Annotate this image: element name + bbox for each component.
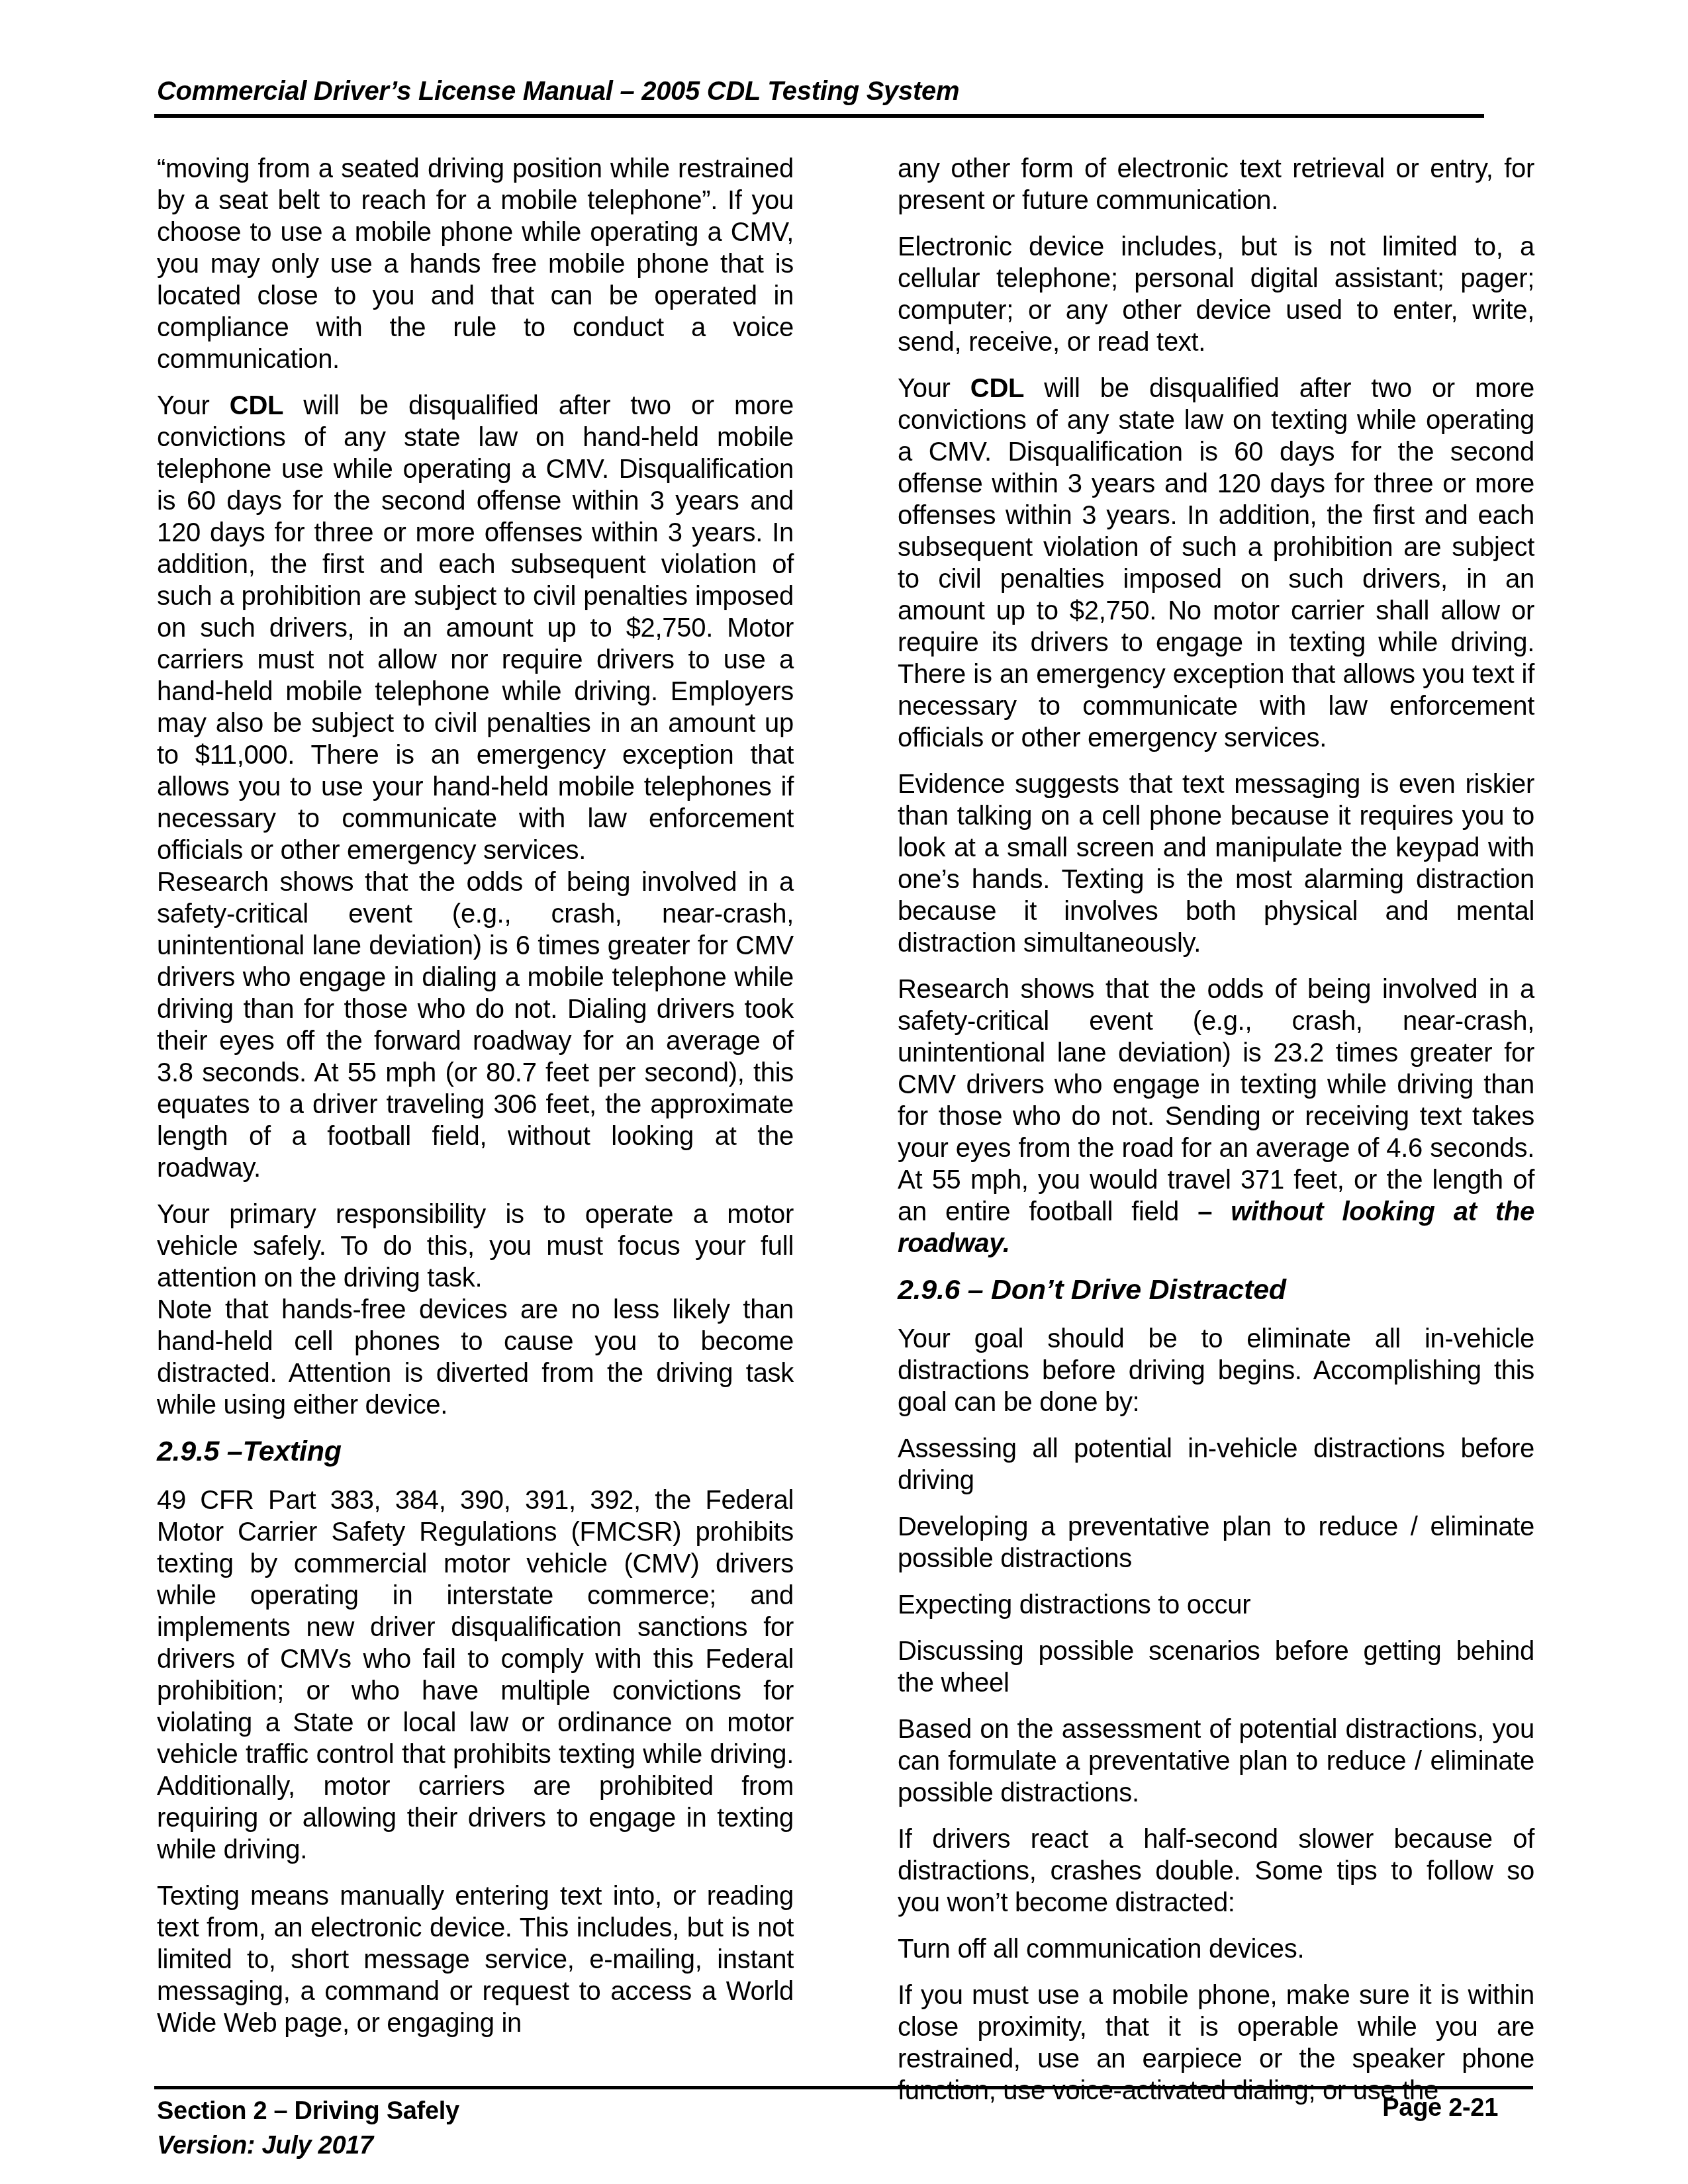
paragraph-primary-responsibility: Your primary responsibility is to operat… [157, 1199, 794, 1294]
paragraph-text: will be disqualified after two or more c… [898, 374, 1534, 752]
bold-cdl-text: CDL [970, 374, 1024, 403]
paragraph-based-on-assessment: Based on the assessment of potential dis… [898, 1713, 1534, 1809]
section-heading-2-9-6-dont-drive-distracted: 2.9.6 – Don’t Drive Distracted [898, 1274, 1534, 1306]
paragraph-evidence-text-messaging-risk: Evidence suggests that text messaging is… [898, 768, 1534, 959]
page-header-title: Commercial Driver’s License Manual – 200… [157, 77, 959, 107]
paragraph-assessing-distractions: Assessing all potential in-vehicle distr… [898, 1433, 1534, 1496]
section-heading-2-9-5-texting: 2.9.5 –Texting [157, 1435, 794, 1467]
paragraph-discussing-scenarios: Discussing possible scenarios before get… [898, 1635, 1534, 1699]
paragraph-expecting-distractions: Expecting distractions to occur [898, 1589, 1534, 1621]
paragraph-research-texting-odds: Research shows that the odds of being in… [898, 974, 1534, 1259]
manual-page: Commercial Driver’s License Manual – 200… [0, 0, 1688, 2184]
paragraph-hands-free-note: Note that hands-free devices are no less… [157, 1294, 794, 1421]
paragraph-mobile-phone-rule: “moving from a seated driving position w… [157, 153, 794, 375]
bold-dash: – [1197, 1197, 1212, 1226]
paragraph-half-second-slower: If drivers react a half-second slower be… [898, 1823, 1534, 1919]
paragraph-texting-definition: Texting means manually entering text int… [157, 1880, 794, 2039]
paragraph-goal-eliminate-distractions: Your goal should be to eliminate all in-… [898, 1323, 1534, 1418]
paragraph-research-dialing-odds: Research shows that the odds of being in… [157, 866, 794, 1184]
paragraph-electronic-device-definition: Electronic device includes, but is not l… [898, 231, 1534, 358]
footer-section-label: Section 2 – Driving Safely [157, 2094, 459, 2128]
bold-cdl-text: CDL [230, 391, 283, 420]
paragraph-text: will be disqualified after two or more c… [157, 391, 794, 865]
footer-version-label: Version: July 2017 [157, 2128, 459, 2163]
paragraph-developing-preventative-plan: Developing a preventative plan to reduce… [898, 1511, 1534, 1574]
footer-left: Section 2 – Driving Safely Version: July… [157, 2094, 459, 2163]
footer-rule [154, 2086, 1533, 2089]
header-rule [154, 114, 1484, 118]
right-column: any other form of electronic text retrie… [898, 153, 1534, 2107]
paragraph-49-cfr-texting-prohibition: 49 CFR Part 383, 384, 390, 391, 392, the… [157, 1484, 794, 1866]
paragraph-cdl-disqualification-handheld: Your CDL will be disqualified after two … [157, 390, 794, 866]
left-column: “moving from a seated driving position w… [157, 153, 794, 2039]
footer-page-number: Page 2-21 [1382, 2094, 1498, 2122]
paragraph-electronic-text-retrieval: any other form of electronic text retrie… [898, 153, 1534, 216]
paragraph-cdl-disqualification-texting: Your CDL will be disqualified after two … [898, 373, 1534, 754]
paragraph-turn-off-devices: Turn off all communication devices. [898, 1933, 1534, 1965]
paragraph-text: Your [157, 391, 230, 420]
paragraph-text: Research shows that the odds of being in… [898, 975, 1534, 1226]
paragraph-text: Your [898, 374, 970, 403]
